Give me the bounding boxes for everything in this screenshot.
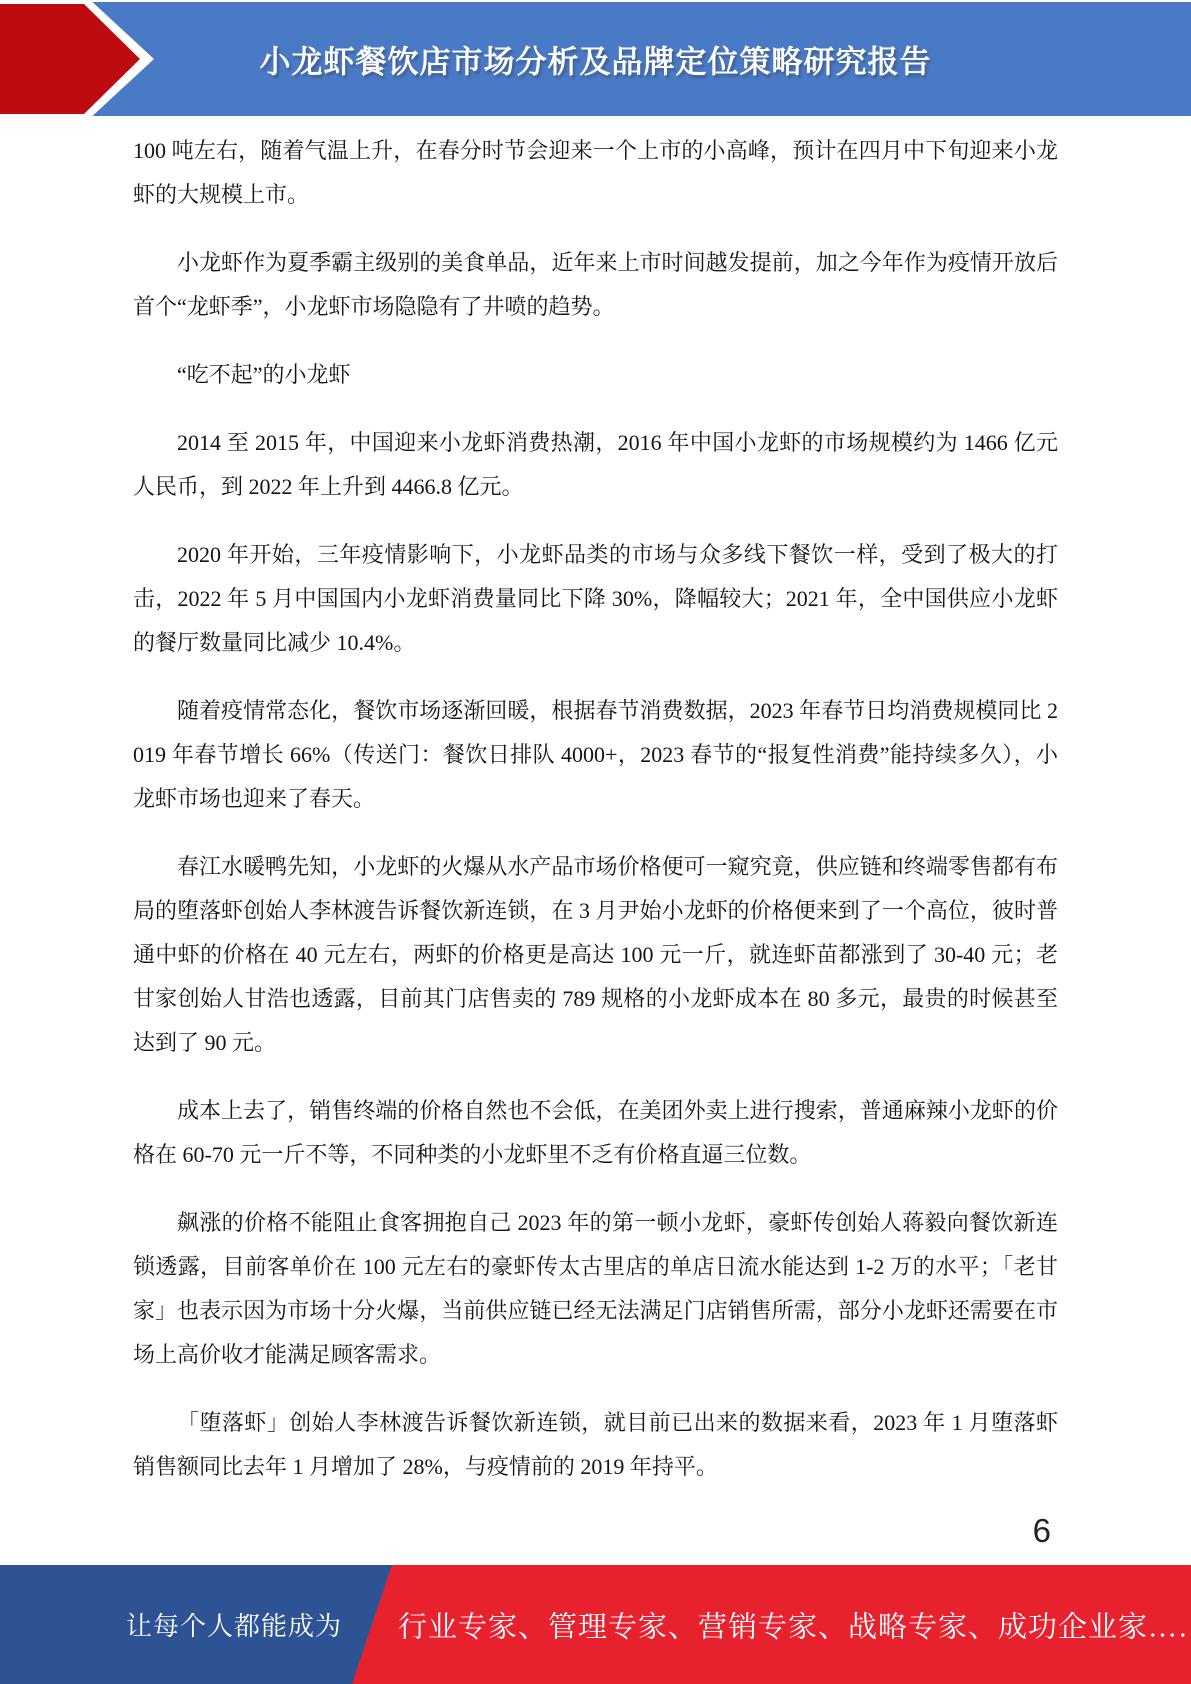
report-title: 小龙虾餐饮店市场分析及品牌定位策略研究报告: [0, 37, 1191, 82]
body-paragraph: 成本上去了，销售终端的价格自然也不会低，在美团外卖上进行搜索，普通麻辣小龙虾的价…: [133, 1089, 1058, 1177]
report-header-banner: 小龙虾餐饮店市场分析及品牌定位策略研究报告: [0, 2, 1191, 116]
footer-slogan-text: 让每个人都能成为: [126, 1606, 342, 1643]
page-number: 6: [1033, 1512, 1051, 1550]
document-page: 小龙虾餐饮店市场分析及品牌定位策略研究报告 100 吨左右，随着气温上升，在春分…: [0, 0, 1191, 1684]
footer-slogan-block: 让每个人都能成为: [0, 1565, 392, 1684]
footer-banner: 让每个人都能成为 行业专家、管理专家、营销专家、战略专家、成功企业家……: [0, 1565, 1191, 1684]
body-paragraph: 小龙虾作为夏季霸主级别的美食单品，近年来上市时间越发提前，加之今年作为疫情开放后…: [133, 241, 1058, 329]
body-paragraph: 「堕落虾」创始人李林渡告诉餐饮新连锁，就目前已出来的数据来看，2023 年 1 …: [133, 1401, 1058, 1489]
body-paragraph: 随着疫情常态化，餐饮市场逐渐回暖，根据春节消费数据，2023 年春节日均消费规模…: [133, 689, 1058, 821]
footer-experts-text: 行业专家、管理专家、营销专家、战略专家、成功企业家……: [398, 1604, 1191, 1645]
body-paragraph: 2020 年开始，三年疫情影响下，小龙虾品类的市场与众多线下餐饮一样，受到了极大…: [133, 533, 1058, 665]
body-paragraph: 春江水暖鸭先知，小龙虾的火爆从水产品市场价格便可一窥究竟，供应链和终端零售都有布…: [133, 845, 1058, 1065]
body-paragraph: 飙涨的价格不能阻止食客拥抱自己 2023 年的第一顿小龙虾，豪虾传创始人蒋毅向餐…: [133, 1201, 1058, 1377]
body-paragraph: 2014 至 2015 年，中国迎来小龙虾消费热潮，2016 年中国小龙虾的市场…: [133, 421, 1058, 509]
body-paragraph: 100 吨左右，随着气温上升，在春分时节会迎来一个上市的小高峰，预计在四月中下旬…: [133, 129, 1058, 217]
document-body: 100 吨左右，随着气温上升，在春分时节会迎来一个上市的小高峰，预计在四月中下旬…: [133, 117, 1058, 1513]
body-paragraph: “吃不起”的小龙虾: [133, 353, 1058, 397]
